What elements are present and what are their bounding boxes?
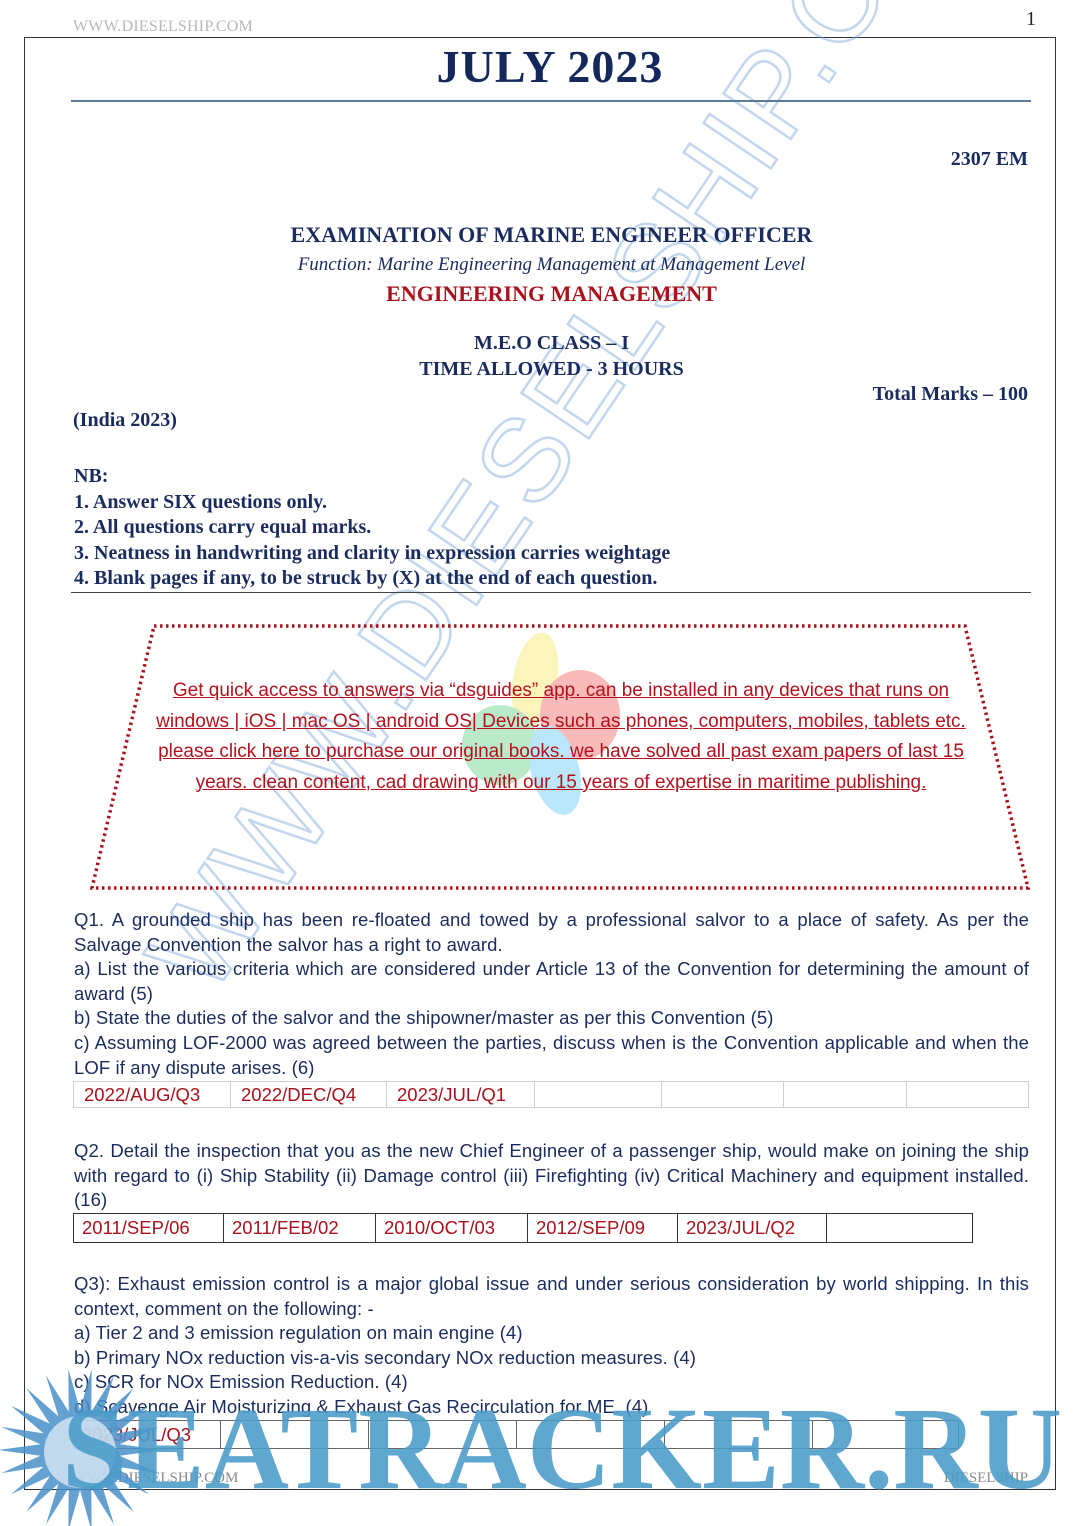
question-3-references: 2023/JUL/Q3 <box>73 1420 959 1449</box>
reference-cell: 2012/SEP/09 <box>528 1214 678 1243</box>
question-part: b) State the duties of the salvor and th… <box>74 1006 1029 1031</box>
question-part: c) SCR for NOx Emission Reduction. (4) <box>74 1370 1029 1395</box>
question-part: c) Assuming LOF-2000 was agreed between … <box>74 1031 1029 1080</box>
table-row: 2022/AUG/Q3 2022/DEC/Q4 2023/JUL/Q1 <box>74 1082 1029 1108</box>
question-text: Q1. A grounded ship has been re-floated … <box>74 908 1029 957</box>
instruction-item: 2. All questions carry equal marks. <box>74 515 670 541</box>
question-2-references: 2011/SEP/06 2011/FEB/02 2010/OCT/03 2012… <box>73 1213 973 1243</box>
instruction-item: 3. Neatness in handwriting and clarity i… <box>74 541 670 567</box>
question-part: a) List the various criteria which are c… <box>74 957 1029 1006</box>
region-line: (India 2023) <box>73 409 177 432</box>
reference-cell <box>517 1421 665 1449</box>
reference-cell: 2010/OCT/03 <box>376 1214 528 1243</box>
question-part: a) Tier 2 and 3 emission regulation on m… <box>74 1321 1029 1346</box>
buy-books-link[interactable]: please click here to purchase our origin… <box>158 741 964 793</box>
reference-cell: 2023/JUL/Q3 <box>74 1421 221 1449</box>
page-title: JULY 2023 <box>0 40 1080 93</box>
reference-cell: 2011/SEP/06 <box>74 1214 224 1243</box>
reference-cell: 2022/DEC/Q4 <box>231 1082 387 1108</box>
question-1-references: 2022/AUG/Q3 2022/DEC/Q4 2023/JUL/Q1 <box>73 1081 1029 1108</box>
question-text: Q3): Exhaust emission control is a major… <box>74 1272 1029 1321</box>
reference-cell: 2011/FEB/02 <box>224 1214 376 1243</box>
footer-brand-label: DIESELSHIP <box>944 1470 1028 1487</box>
reference-cell <box>221 1421 369 1449</box>
total-marks: Total Marks – 100 <box>873 383 1028 406</box>
question-1: Q1. A grounded ship has been re-floated … <box>74 908 1029 1080</box>
app-download-link[interactable]: Get quick access to answers via “dsguide… <box>156 680 966 732</box>
page-number: 1 <box>1026 8 1036 31</box>
question-3: Q3): Exhaust emission control is a major… <box>74 1272 1029 1420</box>
reference-cell <box>369 1421 517 1449</box>
header-site-label: WWW.DIESELSHIP.COM <box>73 18 253 36</box>
reference-cell <box>662 1082 784 1108</box>
class-line: M.E.O CLASS – I <box>0 332 1080 355</box>
subject-title: ENGINEERING MANAGEMENT <box>0 281 1080 307</box>
reference-cell <box>907 1082 1029 1108</box>
question-part: d) Scavenge Air Moisturizing & Exhaust G… <box>74 1395 1029 1420</box>
table-row: 2023/JUL/Q3 <box>74 1421 959 1449</box>
promo-text: Get quick access to answers via “dsguide… <box>150 676 972 798</box>
instructions-heading: NB: <box>74 464 670 490</box>
question-2: Q2. Detail the inspection that you as th… <box>74 1139 1029 1213</box>
paper-code: 2307 EM <box>951 148 1028 171</box>
instructions-block: NB: 1. Answer SIX questions only. 2. All… <box>74 464 670 592</box>
question-part: b) Primary NOx reduction vis-a-vis secon… <box>74 1346 1029 1371</box>
reference-cell <box>535 1082 662 1108</box>
question-text: Q2. Detail the inspection that you as th… <box>74 1139 1029 1213</box>
table-row: 2011/SEP/06 2011/FEB/02 2010/OCT/03 2012… <box>74 1214 973 1243</box>
footer-site-label: WWW.DIESELSHIP.COM <box>73 1470 238 1487</box>
reference-cell: 2023/JUL/Q2 <box>678 1214 827 1243</box>
instruction-item: 4. Blank pages if any, to be struck by (… <box>74 566 670 592</box>
instructions-divider <box>71 592 1031 593</box>
reference-cell <box>784 1082 907 1108</box>
title-divider <box>71 100 1031 102</box>
reference-cell: 2023/JUL/Q1 <box>387 1082 535 1108</box>
time-allowed: TIME ALLOWED - 3 HOURS <box>0 358 1080 381</box>
reference-cell <box>813 1421 959 1449</box>
reference-cell: 2022/AUG/Q3 <box>74 1082 231 1108</box>
reference-cell <box>827 1214 973 1243</box>
reference-cell <box>665 1421 813 1449</box>
instruction-item: 1. Answer SIX questions only. <box>74 490 670 516</box>
function-line: Function: Marine Engineering Management … <box>0 254 1080 276</box>
exam-title: EXAMINATION OF MARINE ENGINEER OFFICER <box>0 222 1080 248</box>
